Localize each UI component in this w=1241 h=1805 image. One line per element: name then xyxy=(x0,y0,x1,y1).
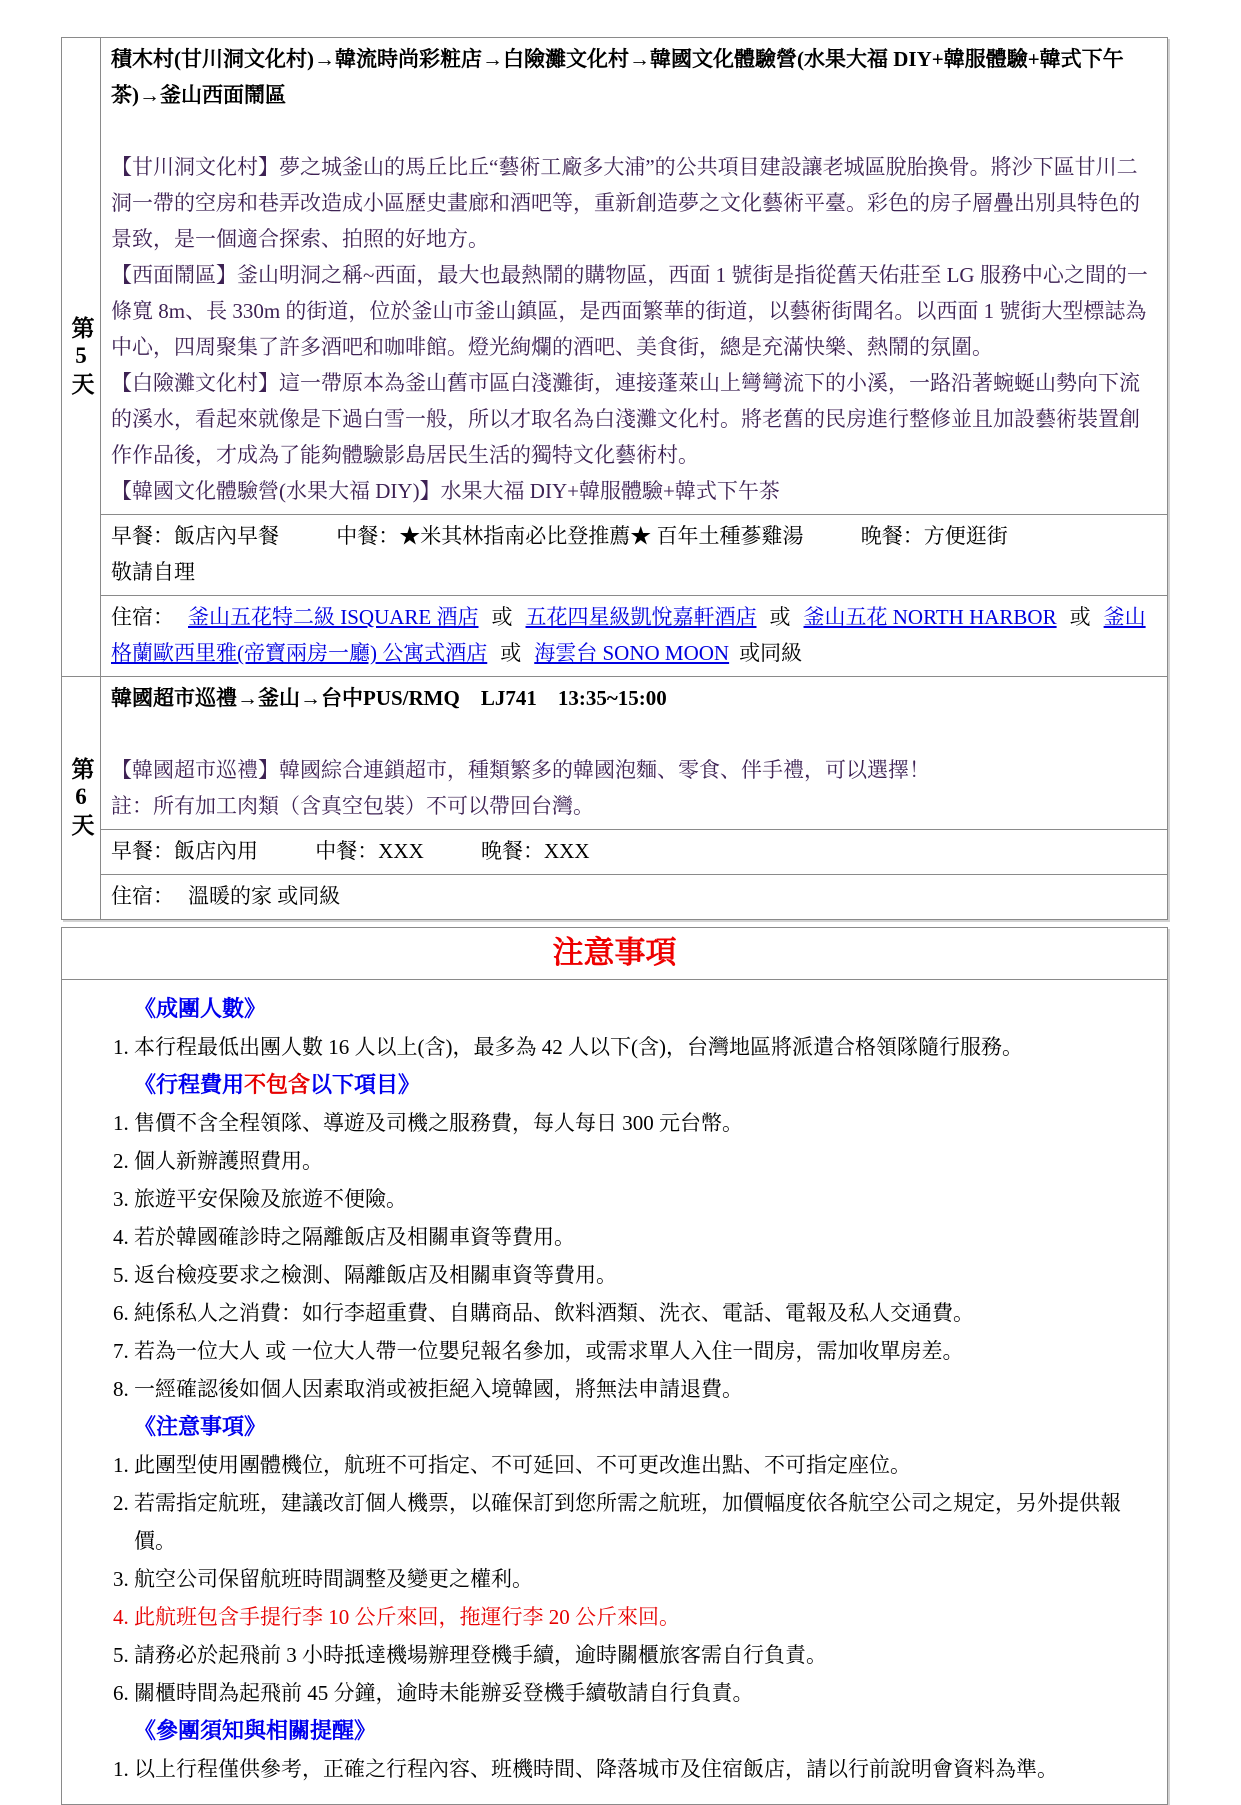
section-heading-attention: 《注意事項》 xyxy=(134,1408,1143,1446)
hotel-link-isquare[interactable]: 釜山五花特二級 ISQUARE 酒店 xyxy=(188,605,479,629)
day6-meals-cell: 早餐：飯店內用 中餐：XXX 晚餐：XXX xyxy=(101,830,1167,875)
hotel-or-equivalent: 或同級 xyxy=(739,641,802,665)
list-item: 請務必於起飛前 3 小時抵達機場辦理登機手續，逾時關櫃旅客需自行負責。 xyxy=(134,1636,1143,1674)
blank-line xyxy=(111,716,1157,752)
section-heading-excluded-costs: 《行程費用不包含以下項目》 xyxy=(134,1066,1143,1104)
list-item: 本行程最低出團人數 16 人以上(含)，最多為 42 人以下(含)，台灣地區將派… xyxy=(134,1028,1143,1066)
list-item: 個人新辦護照費用。 xyxy=(134,1142,1143,1180)
day5-breakfast: 早餐：飯店內早餐 xyxy=(111,524,279,548)
day5-description-cell: 積木村(甘川洞文化村)→韓流時尚彩粧店→白險灘文化村→韓國文化體驗營(水果大福 … xyxy=(101,38,1167,515)
day6-main: 韓國超市巡禮→釜山→台中PUS/RMQ LJ741 13:35~15:00 【韓… xyxy=(101,677,1167,919)
day5-paragraph-huinnyeoul: 【白險灘文化村】這一帶原本為釜山舊市區白淺灘街，連接蓬萊山上彎彎流下的小溪，一路… xyxy=(111,365,1157,473)
section-heading-reminders: 《參團須知與相關提醒》 xyxy=(134,1712,1143,1750)
day5-label-cell: 第5天 xyxy=(62,38,101,676)
day5-paragraph-seomyeon: 【西面鬧區】釜山明洞之稱~西面，最大也最熱鬧的購物區，西面 1 號街是指從舊天佑… xyxy=(111,257,1157,365)
day5-meals-line2: 敬請自理 xyxy=(111,554,1157,590)
day5-row: 第5天 積木村(甘川洞文化村)→韓流時尚彩粧店→白險灘文化村→韓國文化體驗營(水… xyxy=(62,38,1167,676)
day5-dinner: 晚餐：方便逛街 xyxy=(861,524,1008,548)
day6-stay-label: 住宿： xyxy=(111,884,174,908)
list-item: 純係私人之消費：如行李超重費、自購商品、飲料酒類、洗衣、電話、電報及私人交通費。 xyxy=(134,1294,1143,1332)
day5-main: 積木村(甘川洞文化村)→韓流時尚彩粧店→白險灘文化村→韓國文化體驗營(水果大福 … xyxy=(101,38,1167,676)
day5-stay-label: 住宿： xyxy=(111,605,174,629)
list-item: 一經確認後如個人因素取消或被拒絕入境韓國，將無法申請退費。 xyxy=(134,1370,1143,1408)
notices-table: 注意事項 《成團人數》 本行程最低出團人數 16 人以上(含)，最多為 42 人… xyxy=(61,927,1168,1805)
group-size-list: 本行程最低出團人數 16 人以上(含)，最多為 42 人以下(含)，台灣地區將派… xyxy=(62,1028,1143,1066)
list-item: 若於韓國確診時之隔離飯店及相關車資等費用。 xyxy=(134,1218,1143,1256)
day6-label: 第6天 xyxy=(70,757,93,840)
list-item: 返台檢疫要求之檢測、隔離飯店及相關車資等費用。 xyxy=(134,1256,1143,1294)
day6-paragraph-supermarket: 【韓國超市巡禮】韓國綜合連鎖超市，種類繁多的韓國泡麵、零食、伴手禮，可以選擇！ xyxy=(111,752,1157,788)
day5-paragraph-gamcheon: 【甘川洞文化村】夢之城釜山的馬丘比丘“藝術工廠多大浦”的公共項目建設讓老城區脫胎… xyxy=(111,149,1157,257)
list-item: 若需指定航班，建議改訂個人機票，以確保訂到您所需之航班，加價幅度依各航空公司之規… xyxy=(134,1484,1143,1560)
list-item: 以上行程僅供參考，正確之行程內容、班機時間、降落城市及住宿飯店，請以行前說明會資… xyxy=(134,1750,1143,1788)
list-item: 若為一位大人 或 一位大人帶一位嬰兒報名參加，或需求單人入住一間房，需加收單房差… xyxy=(134,1332,1143,1370)
day6-stay-text: 溫暖的家 或同級 xyxy=(188,884,340,908)
blank-line xyxy=(111,113,1157,149)
hotel-separator: 或 xyxy=(770,605,791,629)
day6-description-cell: 韓國超市巡禮→釜山→台中PUS/RMQ LJ741 13:35~15:00 【韓… xyxy=(101,677,1167,830)
hotel-separator: 或 xyxy=(1070,605,1091,629)
day5-meals-cell: 早餐：飯店內早餐 中餐：★米其林指南必比登推薦★ 百年土種蔘雞湯 晚餐：方便逛街… xyxy=(101,515,1167,596)
list-item: 航空公司保留航班時間調整及變更之權利。 xyxy=(134,1560,1143,1598)
day6-meat-warning: 註：所有加工肉類（含真空包裝）不可以帶回台灣。 xyxy=(111,788,1157,824)
hotel-link-hyatt-place[interactable]: 五花四星級凱悅嘉軒酒店 xyxy=(526,605,757,629)
hotel-separator: 或 xyxy=(492,605,513,629)
hotel-link-north-harbor[interactable]: 釜山五花 NORTH HARBOR xyxy=(804,605,1057,629)
hotel-link-sono-moon[interactable]: 海雲台 SONO MOON xyxy=(534,641,729,665)
list-item-baggage-allowance: 此航班包含手提行李 10 公斤來回，拖運行李 20 公斤來回。 xyxy=(134,1598,1143,1636)
day6-route-title: 韓國超市巡禮→釜山→台中PUS/RMQ LJ741 13:35~15:00 xyxy=(111,680,1157,716)
section-heading-text: 《注意事項》 xyxy=(134,1414,266,1439)
list-item: 此團型使用團體機位，航班不可指定、不可延回、不可更改進出點、不可指定座位。 xyxy=(134,1446,1143,1484)
day5-label: 第5天 xyxy=(70,316,93,399)
section-heading-red-text: 不包含 xyxy=(244,1072,310,1097)
day6-stay-cell: 住宿：溫暖的家 或同級 xyxy=(101,875,1167,919)
day6-dinner: 晚餐：XXX xyxy=(481,839,590,863)
section-heading-group-size: 《成團人數》 xyxy=(134,990,1143,1028)
section-heading-text: 《行程費用 xyxy=(134,1072,244,1097)
day5-paragraph-experience: 【韓國文化體驗營(水果大福 DIY)】水果大福 DIY+韓服體驗+韓式下午茶 xyxy=(111,473,1157,509)
attention-list: 此團型使用團體機位，航班不可指定、不可延回、不可更改進出點、不可指定座位。 若需… xyxy=(62,1446,1143,1712)
notices-body: 《成團人數》 本行程最低出團人數 16 人以上(含)，最多為 42 人以下(含)… xyxy=(62,980,1167,1804)
itinerary-table: 第5天 積木村(甘川洞文化村)→韓流時尚彩粧店→白險灘文化村→韓國文化體驗營(水… xyxy=(61,37,1168,920)
day5-meals-line1: 早餐：飯店內早餐 中餐：★米其林指南必比登推薦★ 百年土種蔘雞湯 晚餐：方便逛街 xyxy=(111,518,1157,554)
itinerary-document-page: 第5天 積木村(甘川洞文化村)→韓流時尚彩粧店→白險灘文化村→韓國文化體驗營(水… xyxy=(0,0,1241,1805)
hotel-separator: 或 xyxy=(500,641,521,665)
day6-breakfast: 早餐：飯店內用 xyxy=(111,839,258,863)
day5-lunch: 中餐：★米其林指南必比登推薦★ 百年土種蔘雞湯 xyxy=(336,524,803,548)
day6-label-cell: 第6天 xyxy=(62,677,101,919)
section-heading-text: 以下項目》 xyxy=(310,1072,420,1097)
excluded-costs-list: 售價不含全程領隊、導遊及司機之服務費，每人每日 300 元台幣。 個人新辦護照費… xyxy=(62,1104,1143,1408)
section-heading-text: 《成團人數》 xyxy=(134,996,266,1021)
reminders-list: 以上行程僅供參考，正確之行程內容、班機時間、降落城市及住宿飯店，請以行前說明會資… xyxy=(62,1750,1143,1788)
list-item: 旅遊平安保險及旅遊不便險。 xyxy=(134,1180,1143,1218)
day5-stay-cell: 住宿：釜山五花特二級 ISQUARE 酒店或五花四星級凱悅嘉軒酒店或釜山五花 N… xyxy=(101,596,1167,676)
section-heading-text: 《參團須知與相關提醒》 xyxy=(134,1718,376,1743)
day6-row: 第6天 韓國超市巡禮→釜山→台中PUS/RMQ LJ741 13:35~15:0… xyxy=(62,676,1167,919)
list-item: 關櫃時間為起飛前 45 分鐘，逾時未能辦妥登機手續敬請自行負責。 xyxy=(134,1674,1143,1712)
day6-lunch: 中餐：XXX xyxy=(315,839,424,863)
notices-header-title: 注意事項 xyxy=(62,928,1167,980)
list-item: 售價不含全程領隊、導遊及司機之服務費，每人每日 300 元台幣。 xyxy=(134,1104,1143,1142)
day5-route-title: 積木村(甘川洞文化村)→韓流時尚彩粧店→白險灘文化村→韓國文化體驗營(水果大福 … xyxy=(111,41,1157,113)
